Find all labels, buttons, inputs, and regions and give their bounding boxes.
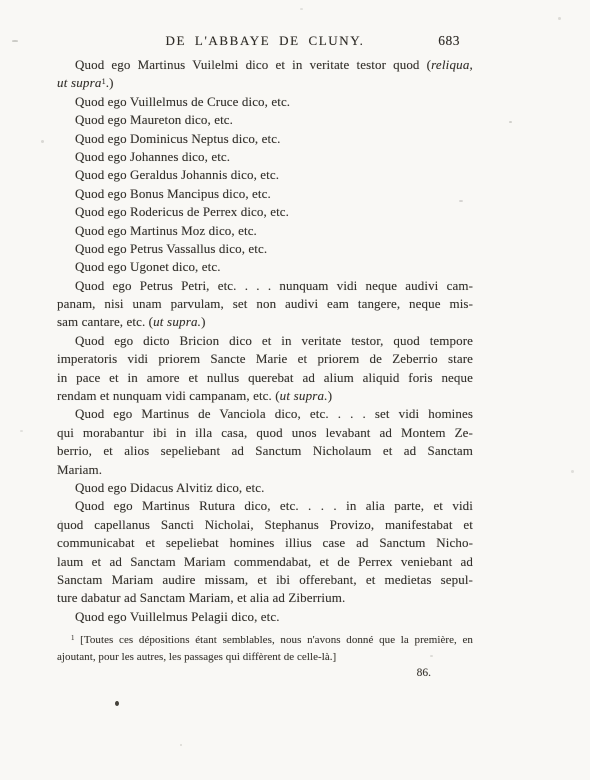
- body-line: ut supra1.): [57, 74, 473, 92]
- running-head-title: DE L'ABBAYE DE CLUNY.: [166, 33, 365, 48]
- ink-speck: [20, 430, 23, 432]
- ink-speck: [180, 744, 182, 746]
- body-line: Quod ego Maureton dico, etc.: [57, 111, 473, 129]
- footnote-line: 1 [Toutes ces dépositions étant semblabl…: [57, 632, 473, 649]
- body-line: Quod ego Vuillelmus Pelagii dico, etc.: [57, 608, 473, 626]
- body-line: rendam et nunquam vidi campanam, etc. (u…: [57, 387, 473, 405]
- body-line: laum et ad Sanctam Mariam commendabat, e…: [57, 553, 473, 571]
- ink-speck: [558, 17, 561, 20]
- body-line: Mariam.: [57, 461, 473, 479]
- body-line: Quod ego Johannes dico, etc.: [57, 148, 473, 166]
- body-line: Quod ego Dominicus Neptus dico, etc.: [57, 130, 473, 148]
- body-line: Quod ego dicto Bricion dico et in verita…: [57, 332, 473, 350]
- ink-speck: [12, 40, 18, 42]
- ink-speck: [509, 121, 512, 123]
- body-line: Quod ego Petrus Vassallus dico, etc.: [57, 240, 473, 258]
- signature-mark: 86.: [57, 667, 473, 679]
- ink-speck: [60, 520, 62, 523]
- body-text: Quod ego Martinus Vuilelmi dico et in ve…: [57, 56, 473, 626]
- body-line: berrio, et alios sepeliebant ad Sanctum …: [57, 442, 473, 460]
- running-head: DE L'ABBAYE DE CLUNY. 683: [57, 33, 473, 48]
- ink-speck: [430, 655, 433, 657]
- body-line: Quod ego Martinus de Vanciola dico, etc.…: [57, 405, 473, 423]
- scanned-page: DE L'ABBAYE DE CLUNY. 683 Quod ego Marti…: [0, 0, 590, 780]
- ink-speck: [571, 470, 574, 473]
- body-line: in pace et in amore et nullus querebat a…: [57, 369, 473, 387]
- body-line: communicabat et sepeliebat homines illiu…: [57, 534, 473, 552]
- body-line: Quod ego Didacus Alvitiz dico, etc.: [57, 479, 473, 497]
- body-line: Quod ego Martinus Vuilelmi dico et in ve…: [57, 56, 473, 74]
- ink-speck: [41, 140, 44, 143]
- body-line: Quod ego Petrus Petri, etc. . . . nunqua…: [57, 277, 473, 295]
- body-line: Quod ego Geraldus Johannis dico, etc.: [57, 166, 473, 184]
- body-line: Quod ego Martinus Moz dico, etc.: [57, 222, 473, 240]
- body-line: quod capellanus Sancti Nicholai, Stephan…: [57, 516, 473, 534]
- body-line: imperatoris vidi priorem Sancte Marie et…: [57, 350, 473, 368]
- body-line: Quod ego Ugonet dico, etc.: [57, 258, 473, 276]
- ink-speck: [459, 200, 463, 202]
- ink-speck: [115, 701, 119, 706]
- body-line: Quod ego Rodericus de Perrex dico, etc.: [57, 203, 473, 221]
- body-line: Quod ego Bonus Mancipus dico, etc.: [57, 185, 473, 203]
- body-line: sam cantare, etc. (ut supra.): [57, 313, 473, 331]
- body-line: Quod ego Martinus Rutura dico, etc. . . …: [57, 497, 473, 515]
- footnote: 1 [Toutes ces dépositions étant semblabl…: [57, 632, 473, 665]
- text-column: DE L'ABBAYE DE CLUNY. 683 Quod ego Marti…: [57, 33, 473, 679]
- footnote-line: ajoutant, pour les autres, les passages …: [57, 649, 473, 666]
- ink-speck: [300, 8, 303, 10]
- body-line: panam, nisi unam parvulam, set non audiv…: [57, 295, 473, 313]
- body-line: ture dabatur ad Sanctam Mariam, et alia …: [57, 589, 473, 607]
- page-number: 683: [438, 33, 460, 49]
- body-line: Quod ego Vuillelmus de Cruce dico, etc.: [57, 93, 473, 111]
- body-line: qui morabantur ibi in illa casa, quod un…: [57, 424, 473, 442]
- body-line: Sanctam Mariam audire missam, et ibi off…: [57, 571, 473, 589]
